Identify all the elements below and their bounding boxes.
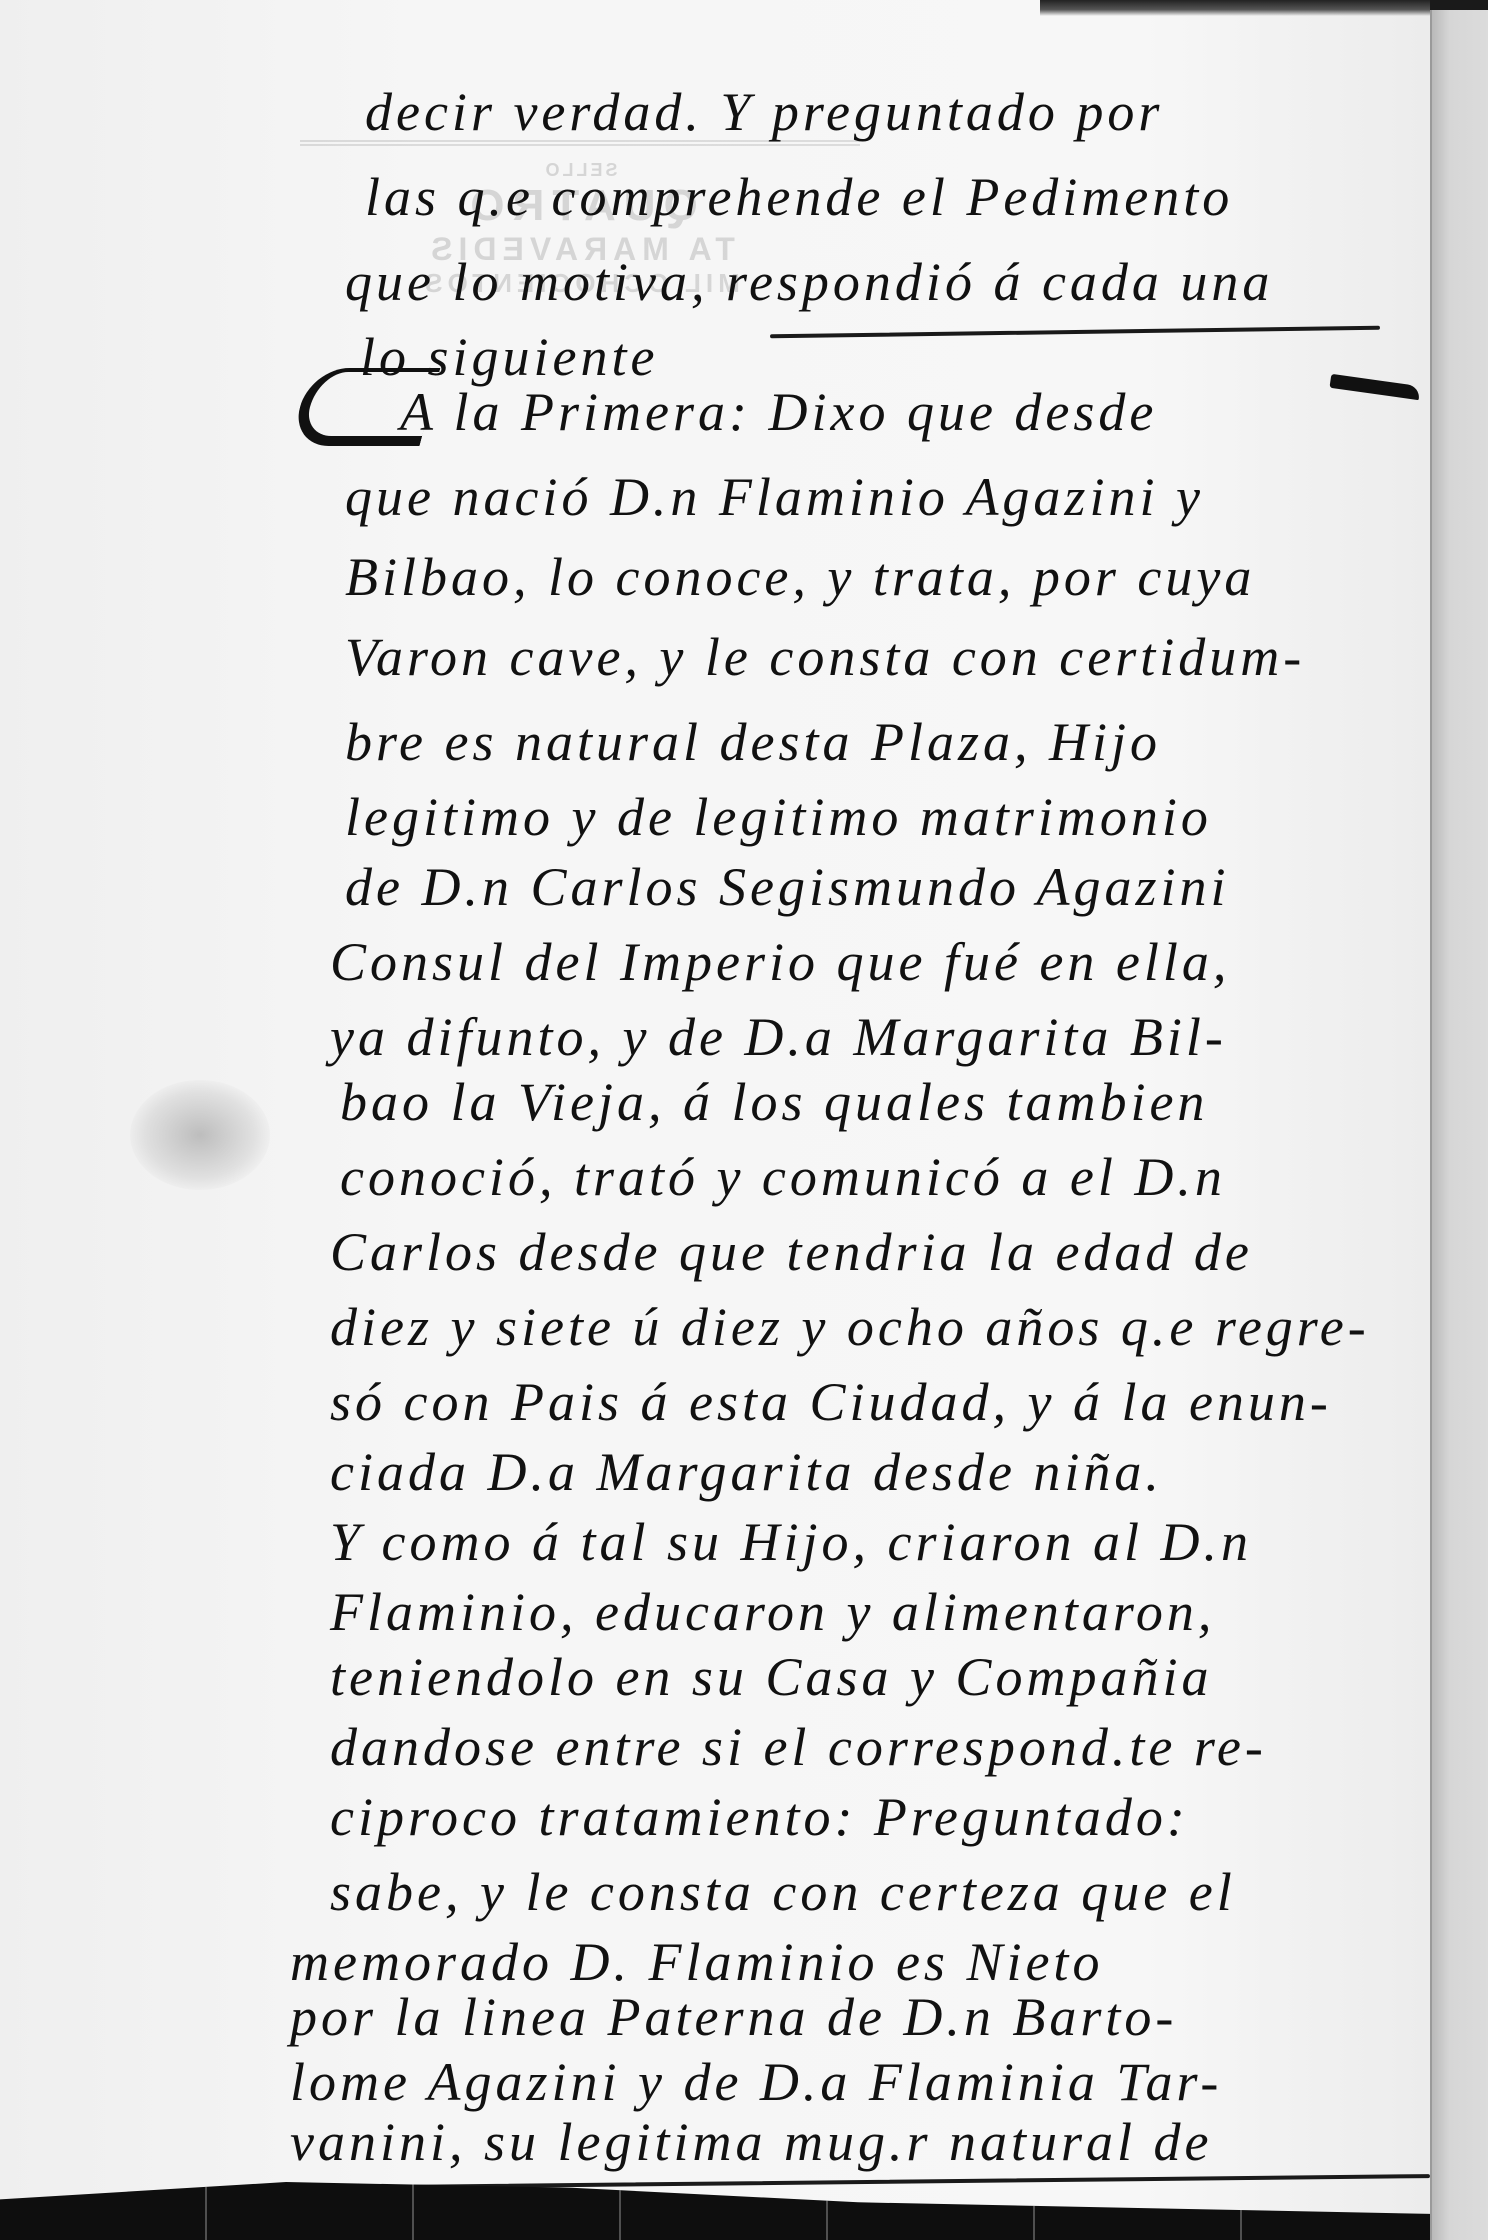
manuscript-line: Flaminio, educaron y alimentaron, <box>330 1585 1215 1639</box>
manuscript-line: Bilbao, lo conoce, y trata, por cuya <box>345 550 1255 604</box>
manuscript-line: Y como á tal su Hijo, criaron al D.n <box>330 1515 1252 1569</box>
manuscript-line: lo siguiente <box>360 330 658 384</box>
manuscript-line: ciada D.a Margarita desde niña. <box>330 1445 1163 1499</box>
manuscript-line: Carlos desde que tendria la edad de <box>330 1225 1253 1279</box>
manuscript-line: teniendolo en su Casa y Compañia <box>330 1650 1212 1704</box>
manuscript-line: vanini, su legitima mug.r natural de <box>290 2115 1212 2169</box>
manuscript-line: las q.e comprehende el Pedimento <box>365 170 1233 224</box>
manuscript-line: por la linea Paterna de D.n Barto- <box>290 1990 1177 2044</box>
manuscript-line: que nació D.n Flaminio Agazini y <box>345 470 1204 524</box>
next-leaf-edge <box>1430 10 1488 2240</box>
manuscript-line: legitimo y de legitimo matrimonio <box>345 790 1212 844</box>
manuscript-line: bre es natural desta Plaza, Hijo <box>345 715 1161 769</box>
manuscript-line: dandose entre si el correspond.te re- <box>330 1720 1267 1774</box>
manuscript-line: ya difunto, y de D.a Margarita Bil- <box>330 1010 1227 1064</box>
ink-rule-line <box>770 326 1380 339</box>
handwritten-text-block: decir verdad. Y preguntado porlas q.e co… <box>0 0 1430 2240</box>
manuscript-line: Consul del Imperio que fué en ella, <box>330 935 1230 989</box>
manuscript-line: sabe, y le consta con certeza que el <box>330 1865 1236 1919</box>
manuscript-line: A la Primera: Dixo que desde <box>400 385 1157 439</box>
manuscript-line: só con Pais á esta Ciudad, y á la enun- <box>330 1375 1332 1429</box>
manuscript-line: lome Agazini y de D.a Flaminia Tar- <box>290 2055 1222 2109</box>
manuscript-line: bao la Vieja, á los quales tambien <box>340 1075 1208 1129</box>
manuscript-line: de D.n Carlos Segismundo Agazini <box>345 860 1230 914</box>
manuscript-line: decir verdad. Y preguntado por <box>365 85 1163 139</box>
manuscript-line: memorado D. Flaminio es Nieto <box>290 1935 1103 1989</box>
manuscript-line: que lo motiva, respondió á cada una <box>345 255 1273 309</box>
manuscript-line: ciproco tratamiento: Preguntado: <box>330 1790 1189 1844</box>
manuscript-line: Varon cave, y le consta con certidum- <box>345 630 1305 684</box>
manuscript-line: conoció, trató y comunicó a el D.n <box>340 1150 1226 1204</box>
manuscript-line: diez y siete ú diez y ocho años q.e regr… <box>330 1300 1370 1354</box>
